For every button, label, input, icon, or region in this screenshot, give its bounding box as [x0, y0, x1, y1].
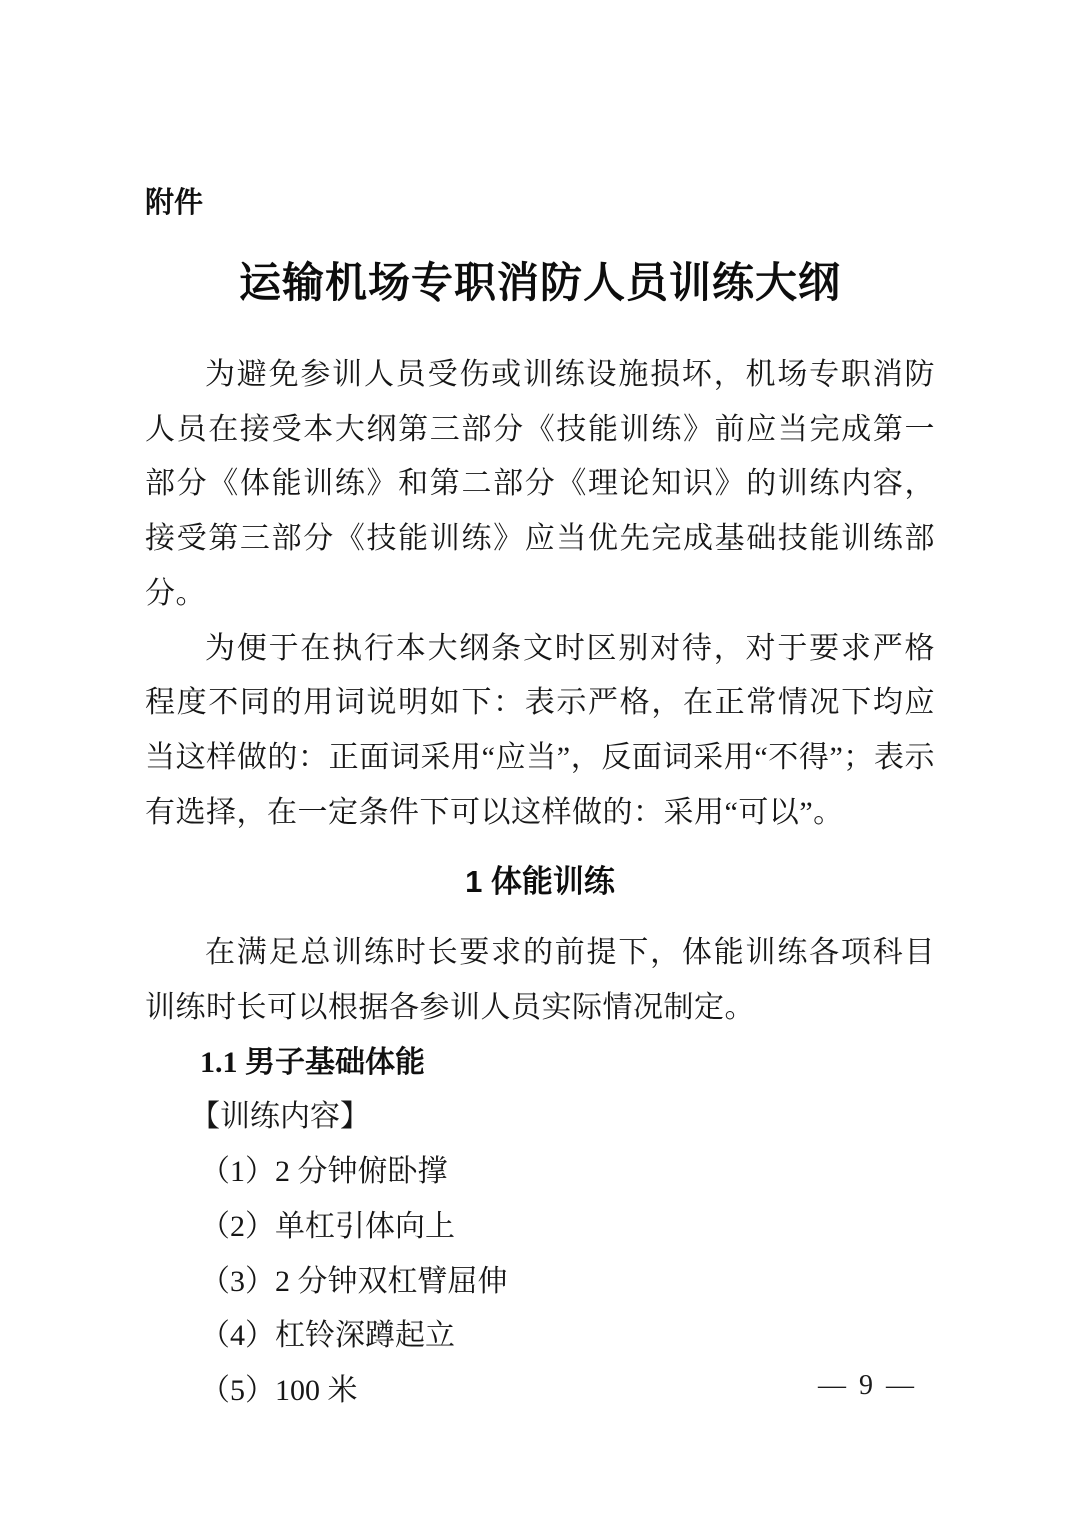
training-item-2: （2）单杠引体向上	[200, 1200, 935, 1255]
attachment-label: 附件	[145, 186, 935, 220]
training-content-label: 【训练内容】	[190, 1090, 935, 1145]
training-item-4: （4）杠铃深蹲起立	[200, 1309, 935, 1364]
training-item-1: （1）2 分钟俯卧撑	[200, 1145, 935, 1200]
section-heading-physical-training: 1 体能训练	[145, 860, 935, 904]
training-item-3: （3）2 分钟双杠臂屈伸	[200, 1255, 935, 1310]
document-title: 运输机场专职消防人员训练大纲	[145, 260, 935, 308]
subsection-heading-mens-basic-fitness: 1.1 男子基础体能	[200, 1036, 935, 1091]
document-page: 附件 运输机场专职消防人员训练大纲 为避免参训人员受伤或训练设施损坏，机场专职消…	[0, 0, 1080, 1528]
paragraph-safety-notice: 为避免参训人员受伤或训练设施损坏，机场专职消防人员在接受本大纲第三部分《技能训练…	[145, 348, 935, 622]
page-number: — 9 —	[818, 1370, 917, 1402]
paragraph-terminology: 为便于在执行本大纲条文时区别对待，对于要求严格程度不同的用词说明如下：表示严格，…	[145, 622, 935, 841]
section-intro: 在满足总训练时长要求的前提下，体能训练各项科目训练时长可以根据各参训人员实际情况…	[145, 926, 935, 1035]
